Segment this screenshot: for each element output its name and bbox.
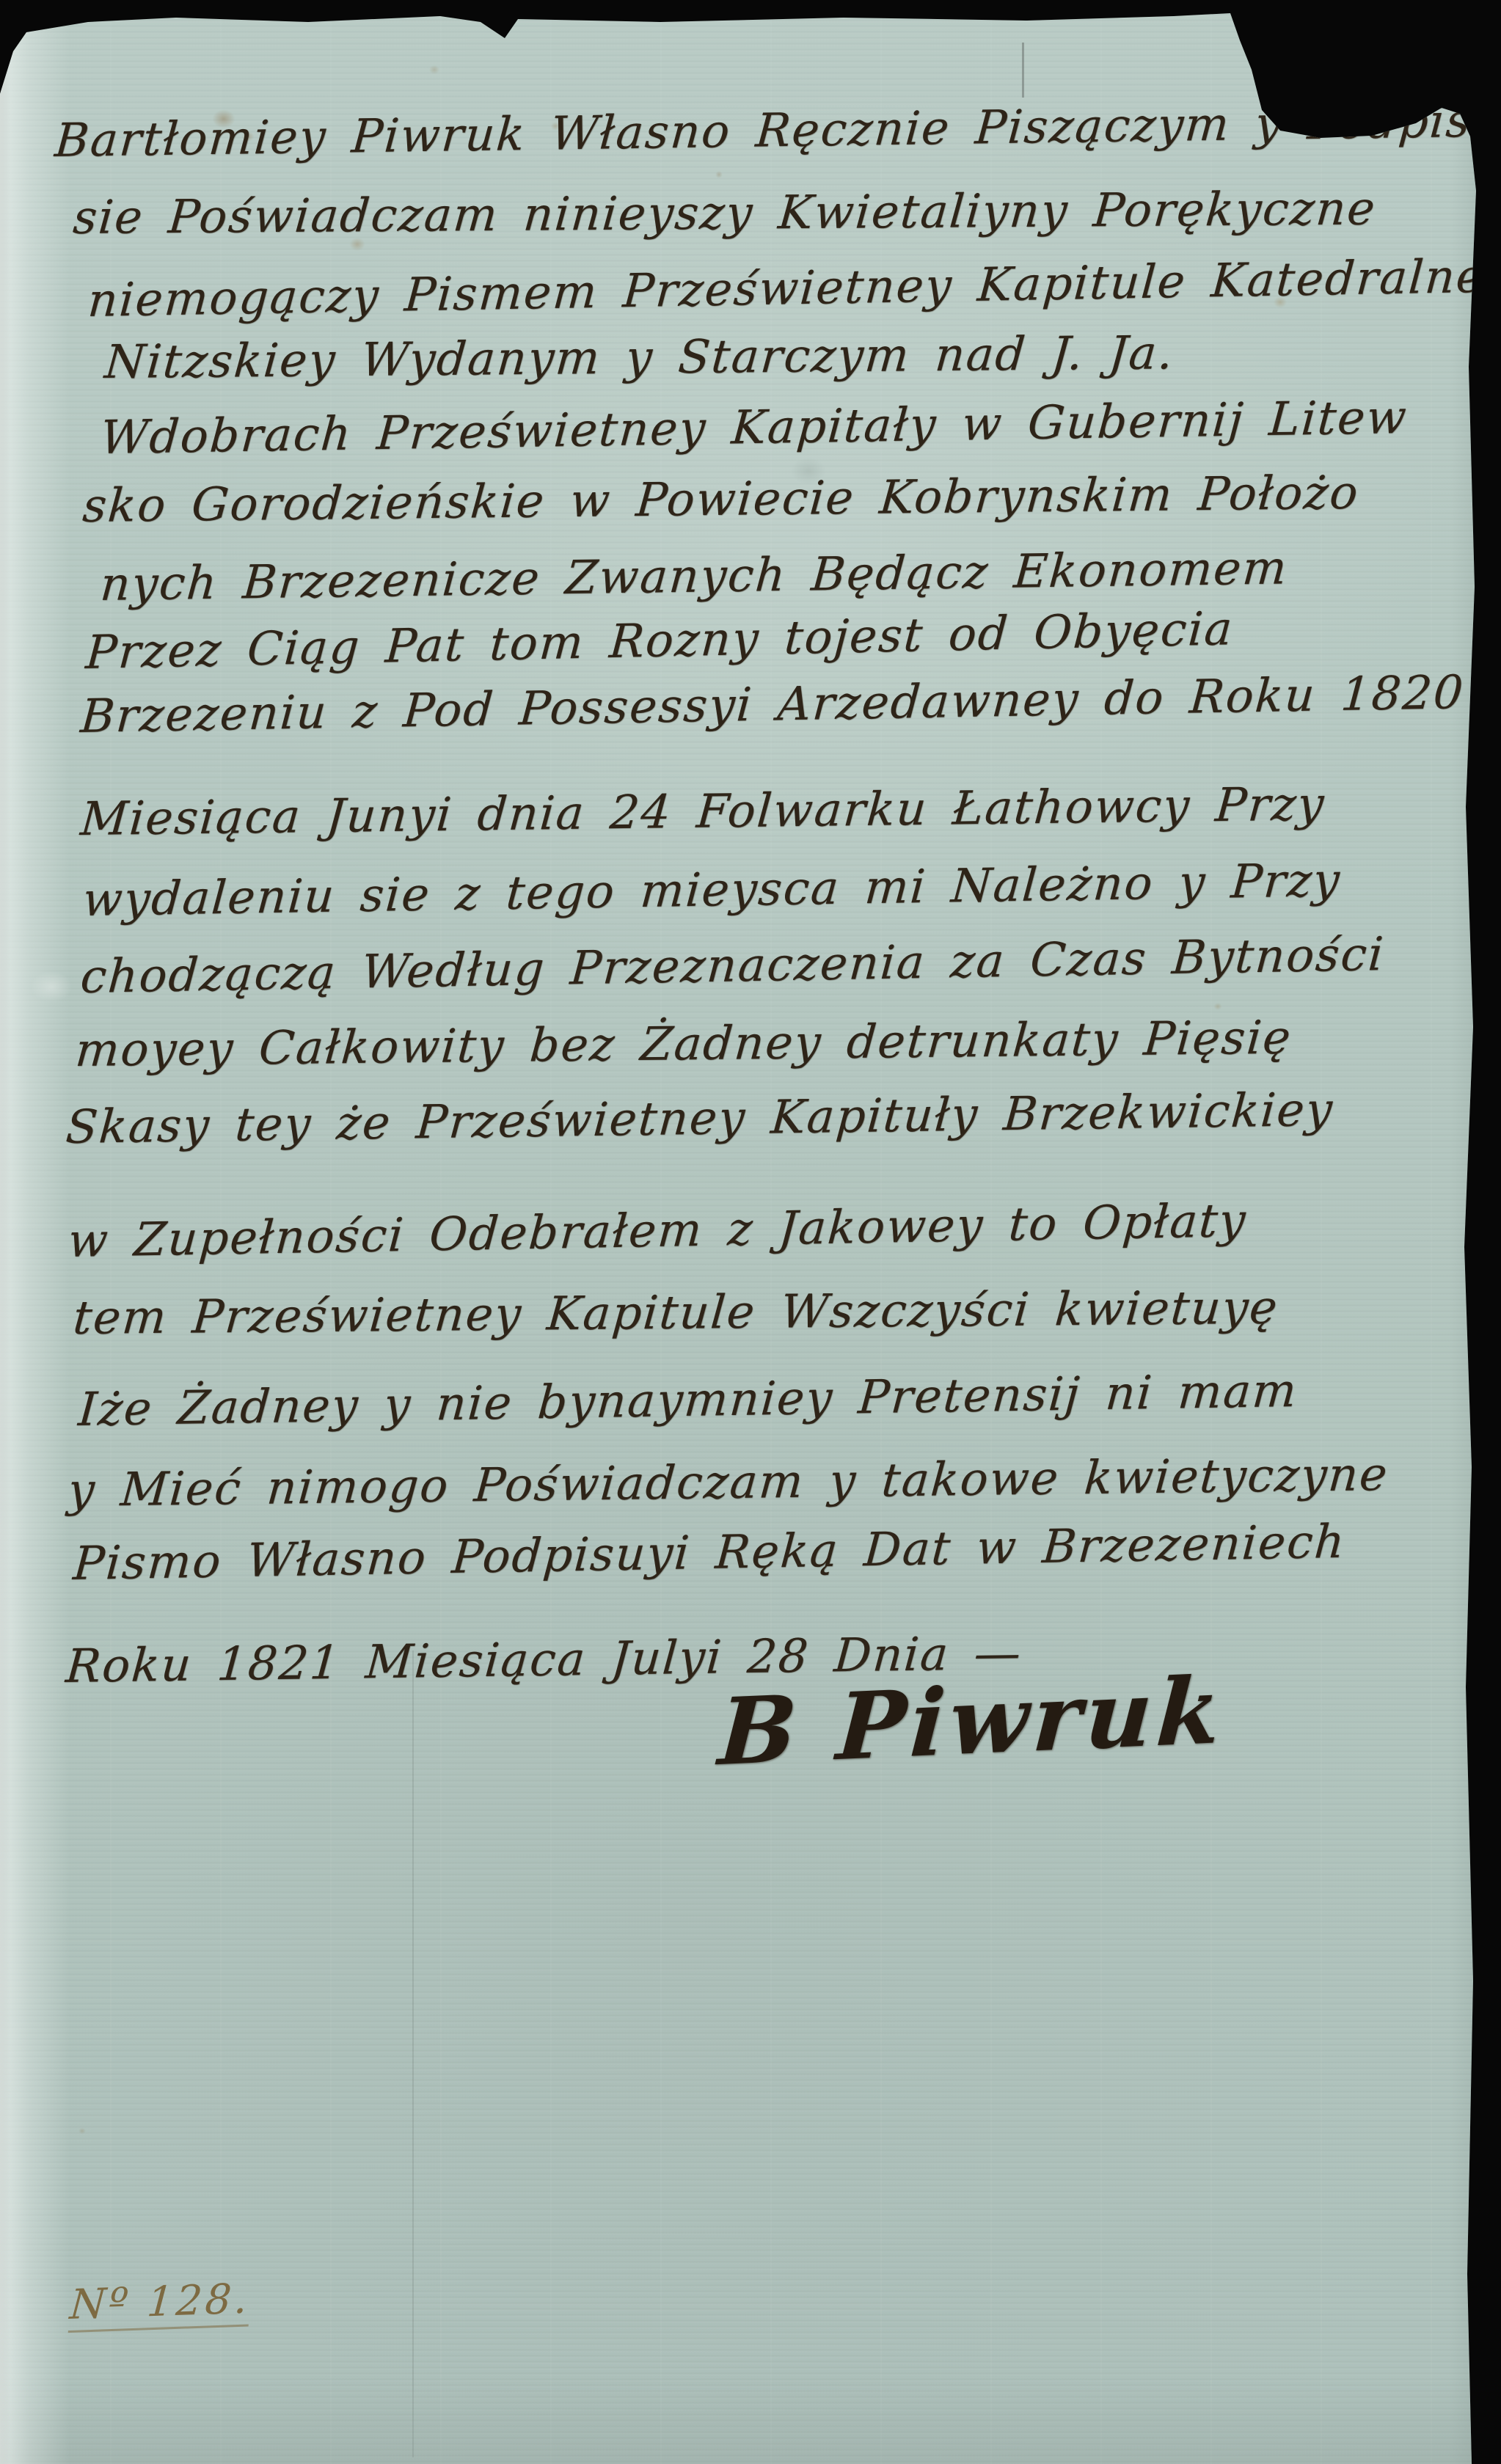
manuscript-line-14: Skasy tey że Prześwietney Kapituły Brzek… — [65, 1086, 1335, 1150]
manuscript-line-11: wydaleniu sie z tego mieysca mi Należno … — [81, 857, 1343, 923]
manuscript-line-3: niemogączy Pismem Prześwietney Kapitule … — [87, 252, 1501, 323]
manuscript-line-4: Nitzskiey Wydanym y Starczym nad J. Ja. — [103, 329, 1176, 385]
manuscript-line-13: moyey Całkowity bez Żadney detrunkaty Pi… — [74, 1015, 1294, 1073]
manuscript-line-10: Miesiąca Junyi dnia 24 Folwarku Łathowcy… — [79, 780, 1327, 842]
manuscript-line-15: w Zupełności Odebrałem z Jakowey to Opła… — [67, 1197, 1249, 1264]
archival-number: Nº 128. — [68, 2278, 252, 2333]
manuscript-page: Bartłomiey Piwruk Własno Ręcznie Piszącz… — [0, 0, 1501, 2464]
signature: B Piwruk — [716, 1665, 1227, 1780]
manuscript-line-12: chodzączą Według Przeznaczenia za Czas B… — [79, 931, 1387, 1000]
manuscript-line-17: Iże Żadney y nie bynaymniey Pretensij ni… — [77, 1367, 1299, 1433]
manuscript-line-16: tem Prześwietney Kapitule Wszczyści kwie… — [72, 1284, 1281, 1341]
manuscript-line-2: sie Poświadczam ninieyszy Kwietaliyny Po… — [71, 186, 1378, 241]
manuscript-line-18: y Mieć nimogo Poświadczam y takowe kwiet… — [67, 1451, 1390, 1513]
manuscript-line-6: sko Gorodzieńskie w Powiecie Kobrynskim … — [81, 469, 1361, 529]
manuscript-line-8: Przez Ciąg Pat tom Rozny tojest od Obyęc… — [84, 605, 1235, 676]
manuscript-line-5: Wdobrach Prześwietney Kapitały w Guberni… — [99, 394, 1409, 461]
manuscript-line-19: Pismo Własno Podpisuyi Ręką Dat w Brzeze… — [72, 1518, 1348, 1587]
manuscript-line-1: Bartłomiey Piwruk Własno Ręcznie Piszącz… — [54, 95, 1501, 164]
manuscript-line-7: nych Brzezenicze Zwanych Będącz Ekonomem — [99, 544, 1290, 607]
manuscript-line-9: Brzezeniu z Pod Possessyi Arzedawney do … — [79, 669, 1466, 739]
